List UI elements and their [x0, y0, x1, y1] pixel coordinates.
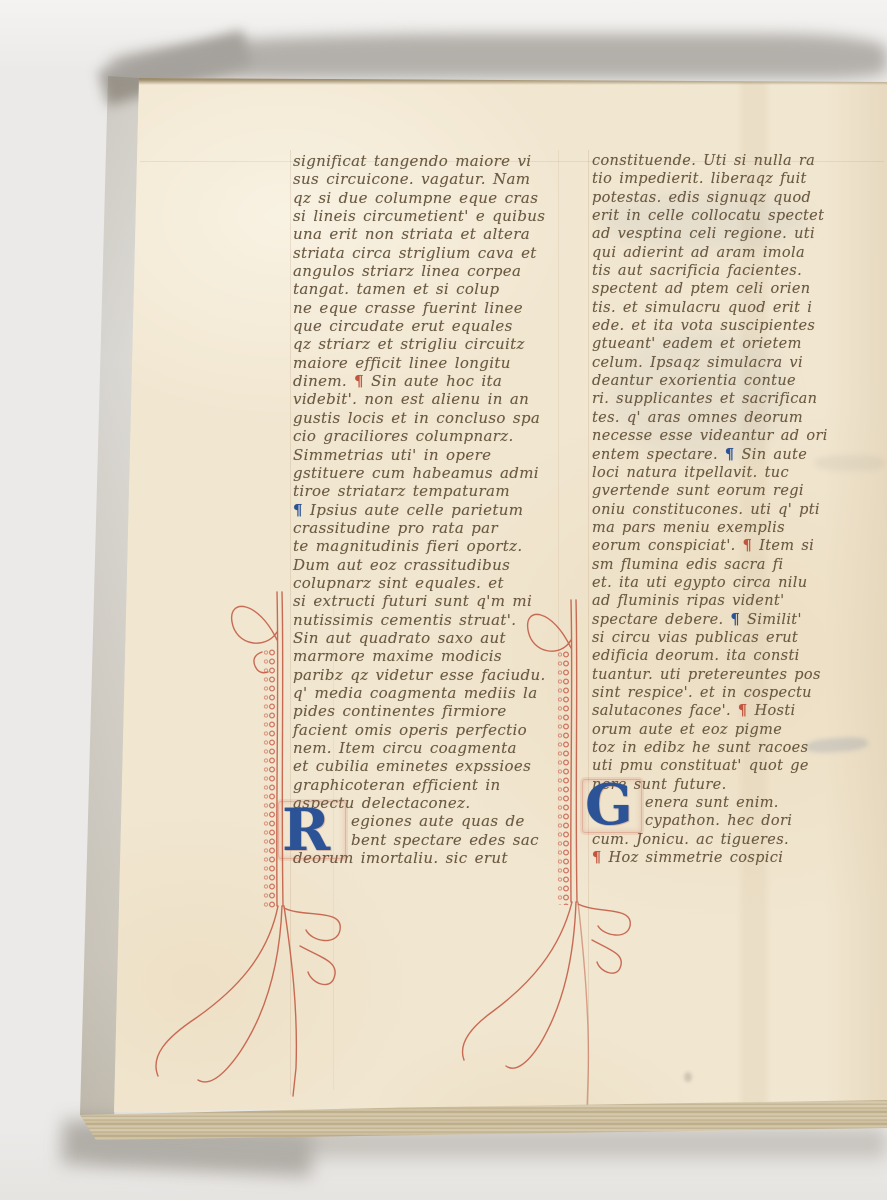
text-segment: Sin aute hoc ita: [364, 372, 502, 390]
manuscript-line: qz si due columpne eque cras: [293, 189, 561, 207]
manuscript-line: et cubilia eminetes expssioes: [293, 757, 561, 775]
manuscript-line: eorum conspiciat'. ¶ Item si: [592, 537, 832, 555]
pilcrow-mark: ¶: [738, 702, 748, 719]
text-segment: paribz qz videtur esse faciudu.: [293, 666, 546, 684]
text-segment: Simmetrias uti' in opere: [293, 446, 491, 464]
manuscript-line: dinem. ¶ Sin aute hoc ita: [293, 372, 561, 390]
manuscript-line: entem spectare. ¶ Sin aute: [592, 446, 832, 464]
text-segment: tiroe striatarz tempaturam: [293, 482, 510, 500]
text-segment: Dum aut eoz crassitudibus: [293, 556, 510, 574]
manuscript-line: significat tangendo maiore vi: [293, 152, 561, 170]
text-segment: nutissimis cementis struat'.: [293, 611, 516, 629]
manuscript-line: ad fluminis ripas vident': [592, 592, 832, 610]
text-segment: erit in celle collocatu spectet: [592, 208, 824, 224]
text-segment: eorum conspiciat'.: [592, 538, 743, 554]
text-segment: nem. Item circu coagmenta: [293, 739, 517, 757]
text-segment: Sin aute: [735, 447, 808, 463]
text-segment: significat tangendo maiore vi: [293, 152, 531, 170]
text-segment: ri. supplicantes et sacrifican: [592, 391, 817, 407]
manuscript-line: sus circuicone. vagatur. Nam: [293, 170, 561, 188]
text-segment: gustis locis et in concluso spa: [293, 409, 540, 427]
manuscript-line: ma pars meniu exemplis: [592, 519, 832, 537]
manuscript-line: tis. et simulacru quod erit i: [592, 299, 832, 317]
text-segment: qz si due columpne eque cras: [293, 189, 538, 207]
text-segment: et cubilia eminetes expssioes: [293, 757, 531, 775]
manuscript-line: pides continentes firmiore: [293, 702, 561, 720]
manuscript-line: ¶ Ipsius aute celle parietum: [293, 501, 561, 519]
text-segment: maiore efficit linee longitu: [293, 354, 511, 372]
text-segment: videbit'. non est alienu in an: [293, 390, 529, 408]
manuscript-line: gustis locis et in concluso spa: [293, 409, 561, 427]
text-segment: que circudate erut equales: [293, 317, 513, 335]
manuscript-line: paribz qz videtur esse faciudu.: [293, 666, 561, 684]
manuscript-line: que circudate erut equales: [293, 317, 561, 335]
manuscript-line: una erit non striata et altera: [293, 225, 561, 243]
text-segment: Ipsius aute celle parietum: [303, 501, 523, 519]
text-segment: ad vesptina celi regione. uti: [592, 226, 815, 242]
manuscript-line: oniu constitucones. uti q' pti: [592, 501, 832, 519]
text-segment: tangat. tamen et si colup: [293, 280, 499, 298]
manuscript-line: ne eque crasse fuerint linee: [293, 299, 561, 317]
manuscript-line: videbit'. non est alienu in an: [293, 390, 561, 408]
text-segment: gstituere cum habeamus admi: [293, 464, 539, 482]
text-segment: una erit non striata et altera: [293, 225, 530, 243]
manuscript-line: nem. Item circu coagmenta: [293, 739, 561, 757]
text-segment: potestas. edis signuqz quod: [592, 190, 811, 206]
pilcrow-mark: ¶: [725, 446, 735, 463]
manuscript-line: ¶ Hoz simmetrie cospici: [592, 849, 832, 867]
manuscript-line: tuantur. uti pretereuntes pos: [592, 666, 832, 684]
text-segment: cio graciliores columpnarz.: [293, 427, 514, 445]
manuscript-line: qz striarz et strigliu circuitz: [293, 335, 561, 353]
manuscript-line: gstituere cum habeamus admi: [293, 464, 561, 482]
page-top-edge-shading: [130, 76, 887, 85]
text-segment: ede. et ita vota suscipientes: [592, 318, 815, 334]
text-segment: Hoz simmetrie cospici: [602, 850, 784, 866]
pilcrow-mark: ¶: [743, 537, 753, 554]
text-segment: salutacones face'.: [592, 703, 738, 719]
text-segment: pides continentes firmiore: [293, 702, 507, 720]
text-segment: sus circuicone. vagatur. Nam: [293, 170, 530, 188]
manuscript-line: gtueant' eadem et orietem: [592, 335, 832, 353]
text-segment: bent spectare edes sac: [351, 831, 539, 849]
text-segment: spectent ad ptem celi orien: [592, 281, 810, 297]
manuscript-line: Dum aut eoz crassitudibus: [293, 556, 561, 574]
text-segment: graphicoteran efficient in: [293, 776, 501, 794]
manuscript-line: tes. q' aras omnes deorum: [592, 409, 832, 427]
manuscript-line: si circu vias publicas erut: [592, 629, 832, 647]
text-segment: si extructi futuri sunt q'm mi: [293, 592, 532, 610]
manuscript-line: te magnitudinis fieri oportz.: [293, 537, 561, 555]
text-segment: crassitudine pro rata par: [293, 519, 498, 537]
text-segment: deantur exorientia contue: [592, 373, 796, 389]
text-segment: marmore maxime modicis: [293, 647, 502, 665]
manuscript-line: crassitudine pro rata par: [293, 519, 561, 537]
pilcrow-mark: ¶: [592, 849, 602, 866]
pilcrow-mark: ¶: [293, 501, 303, 519]
manuscript-line: colupnarz sint equales. et: [293, 574, 561, 592]
manuscript-line: erit in celle collocatu spectet: [592, 207, 832, 225]
illuminated-initial-R: R: [282, 796, 330, 864]
text-segment: facient omis operis perfectio: [293, 721, 527, 739]
manuscript-photo: significat tangendo maiore visus circuic…: [0, 0, 887, 1200]
text-segment: tis aut sacrificia facientes.: [592, 263, 802, 279]
manuscript-line: sm flumina edis sacra fi: [592, 556, 832, 574]
text-segment: constituende. Uti si nulla ra: [592, 153, 815, 169]
text-segment: Sin aut quadrato saxo aut: [293, 629, 506, 647]
text-segment: orum aute et eoz pigme: [592, 722, 782, 738]
manuscript-line: et. ita uti egypto circa nilu: [592, 574, 832, 592]
manuscript-line: sint respice'. et in cospectu: [592, 684, 832, 702]
manuscript-line: potestas. edis signuqz quod: [592, 189, 832, 207]
text-segment: oniu constitucones. uti q' pti: [592, 502, 820, 518]
manuscript-line: si extructi futuri sunt q'm mi: [293, 592, 561, 610]
text-column-right: constituende. Uti si nulla ratio impedie…: [592, 152, 832, 867]
text-segment: ad fluminis ripas vident': [592, 593, 784, 609]
text-segment: te magnitudinis fieri oportz.: [293, 537, 523, 555]
text-segment: gvertende sunt eorum regi: [592, 483, 804, 499]
text-segment: edificia deorum. ita consti: [592, 648, 800, 664]
manuscript-line: salutacones face'. ¶ Hosti: [592, 702, 832, 720]
text-segment: striata circa striglium cava et: [293, 244, 537, 262]
manuscript-line: gvertende sunt eorum regi: [592, 482, 832, 500]
manuscript-line: q' media coagmenta mediis la: [293, 684, 561, 702]
manuscript-line: spectent ad ptem celi orien: [592, 280, 832, 298]
manuscript-line: tio impedierit. liberaqz fuit: [592, 170, 832, 188]
manuscript-line: ri. supplicantes et sacrifican: [592, 390, 832, 408]
text-segment: tuantur. uti pretereuntes pos: [592, 667, 821, 683]
manuscript-line: marmore maxime modicis: [293, 647, 561, 665]
text-segment: q' media coagmenta mediis la: [293, 684, 537, 702]
manuscript-line: facient omis operis perfectio: [293, 721, 561, 739]
text-segment: spectare debere.: [592, 612, 730, 628]
text-segment: cypathon. hec dori: [645, 813, 792, 829]
illuminated-initial-G: G: [585, 772, 633, 838]
manuscript-line: celum. Ipsaqz simulacra vi: [592, 354, 832, 372]
manuscript-line: toz in edibz he sunt racoes: [592, 739, 832, 757]
text-segment: dinem.: [293, 372, 354, 390]
text-segment: colupnarz sint equales. et: [293, 574, 504, 592]
text-segment: Item si: [752, 538, 814, 554]
text-segment: enera sunt enim.: [645, 795, 779, 811]
text-segment: Similit': [740, 612, 802, 628]
text-segment: tis. et simulacru quod erit i: [592, 300, 812, 316]
text-column-left: significat tangendo maiore visus circuic…: [293, 152, 561, 867]
text-segment: entem spectare.: [592, 447, 725, 463]
text-segment: si circu vias publicas erut: [592, 630, 798, 646]
manuscript-line: tangat. tamen et si colup: [293, 280, 561, 298]
text-segment: et. ita uti egypto circa nilu: [592, 575, 807, 591]
text-segment: qui adierint ad aram imola: [592, 245, 805, 261]
text-segment: tes. q' aras omnes deorum: [592, 410, 803, 426]
ruling-line-vertical: [290, 150, 291, 1095]
text-segment: celum. Ipsaqz simulacra vi: [592, 355, 803, 371]
manuscript-line: si lineis circumetient' e quibus: [293, 207, 561, 225]
text-segment: egiones aute quas de: [351, 812, 525, 830]
manuscript-line: deantur exorientia contue: [592, 372, 832, 390]
manuscript-line: maiore efficit linee longitu: [293, 354, 561, 372]
text-segment: toz in edibz he sunt racoes: [592, 740, 808, 756]
manuscript-line: Simmetrias uti' in opere: [293, 446, 561, 464]
manuscript-line: ad vesptina celi regione. uti: [592, 225, 832, 243]
text-segment: gtueant' eadem et orietem: [592, 336, 802, 352]
manuscript-line: loci natura itpellavit. tuc: [592, 464, 832, 482]
manuscript-line: tis aut sacrificia facientes.: [592, 262, 832, 280]
manuscript-line: edificia deorum. ita consti: [592, 647, 832, 665]
text-segment: ma pars meniu exemplis: [592, 520, 785, 536]
manuscript-line: angulos striarz linea corpea: [293, 262, 561, 280]
text-segment: si lineis circumetient' e quibus: [293, 207, 545, 225]
manuscript-line: qui adierint ad aram imola: [592, 244, 832, 262]
manuscript-line: ede. et ita vota suscipientes: [592, 317, 832, 335]
text-segment: qz striarz et strigliu circuitz: [293, 335, 525, 353]
text-segment: loci natura itpellavit. tuc: [592, 465, 789, 481]
manuscript-line: Sin aut quadrato saxo aut: [293, 629, 561, 647]
manuscript-line: graphicoteran efficient in: [293, 776, 561, 794]
manuscript-line: orum aute et eoz pigme: [592, 721, 832, 739]
text-segment: tio impedierit. liberaqz fuit: [592, 171, 807, 187]
cast-shadow-top: [108, 34, 887, 78]
text-segment: ne eque crasse fuerint linee: [293, 299, 523, 317]
pilcrow-mark: ¶: [730, 611, 740, 628]
text-segment: sm flumina edis sacra fi: [592, 557, 783, 573]
text-segment: Hosti: [748, 703, 796, 719]
manuscript-line: striata circa striglium cava et: [293, 244, 561, 262]
manuscript-line: cio graciliores columpnarz.: [293, 427, 561, 445]
text-segment: angulos striarz linea corpea: [293, 262, 521, 280]
ruling-line-vertical: [588, 150, 589, 1140]
text-segment: necesse esse videantur ad ori: [592, 428, 828, 444]
manuscript-line: necesse esse videantur ad ori: [592, 427, 832, 445]
manuscript-line: spectare debere. ¶ Similit': [592, 611, 832, 629]
pilcrow-mark: ¶: [354, 372, 364, 390]
text-segment: sint respice'. et in cospectu: [592, 685, 812, 701]
manuscript-line: nutissimis cementis struat'.: [293, 611, 561, 629]
manuscript-line: tiroe striatarz tempaturam: [293, 482, 561, 500]
manuscript-line: constituende. Uti si nulla ra: [592, 152, 832, 170]
